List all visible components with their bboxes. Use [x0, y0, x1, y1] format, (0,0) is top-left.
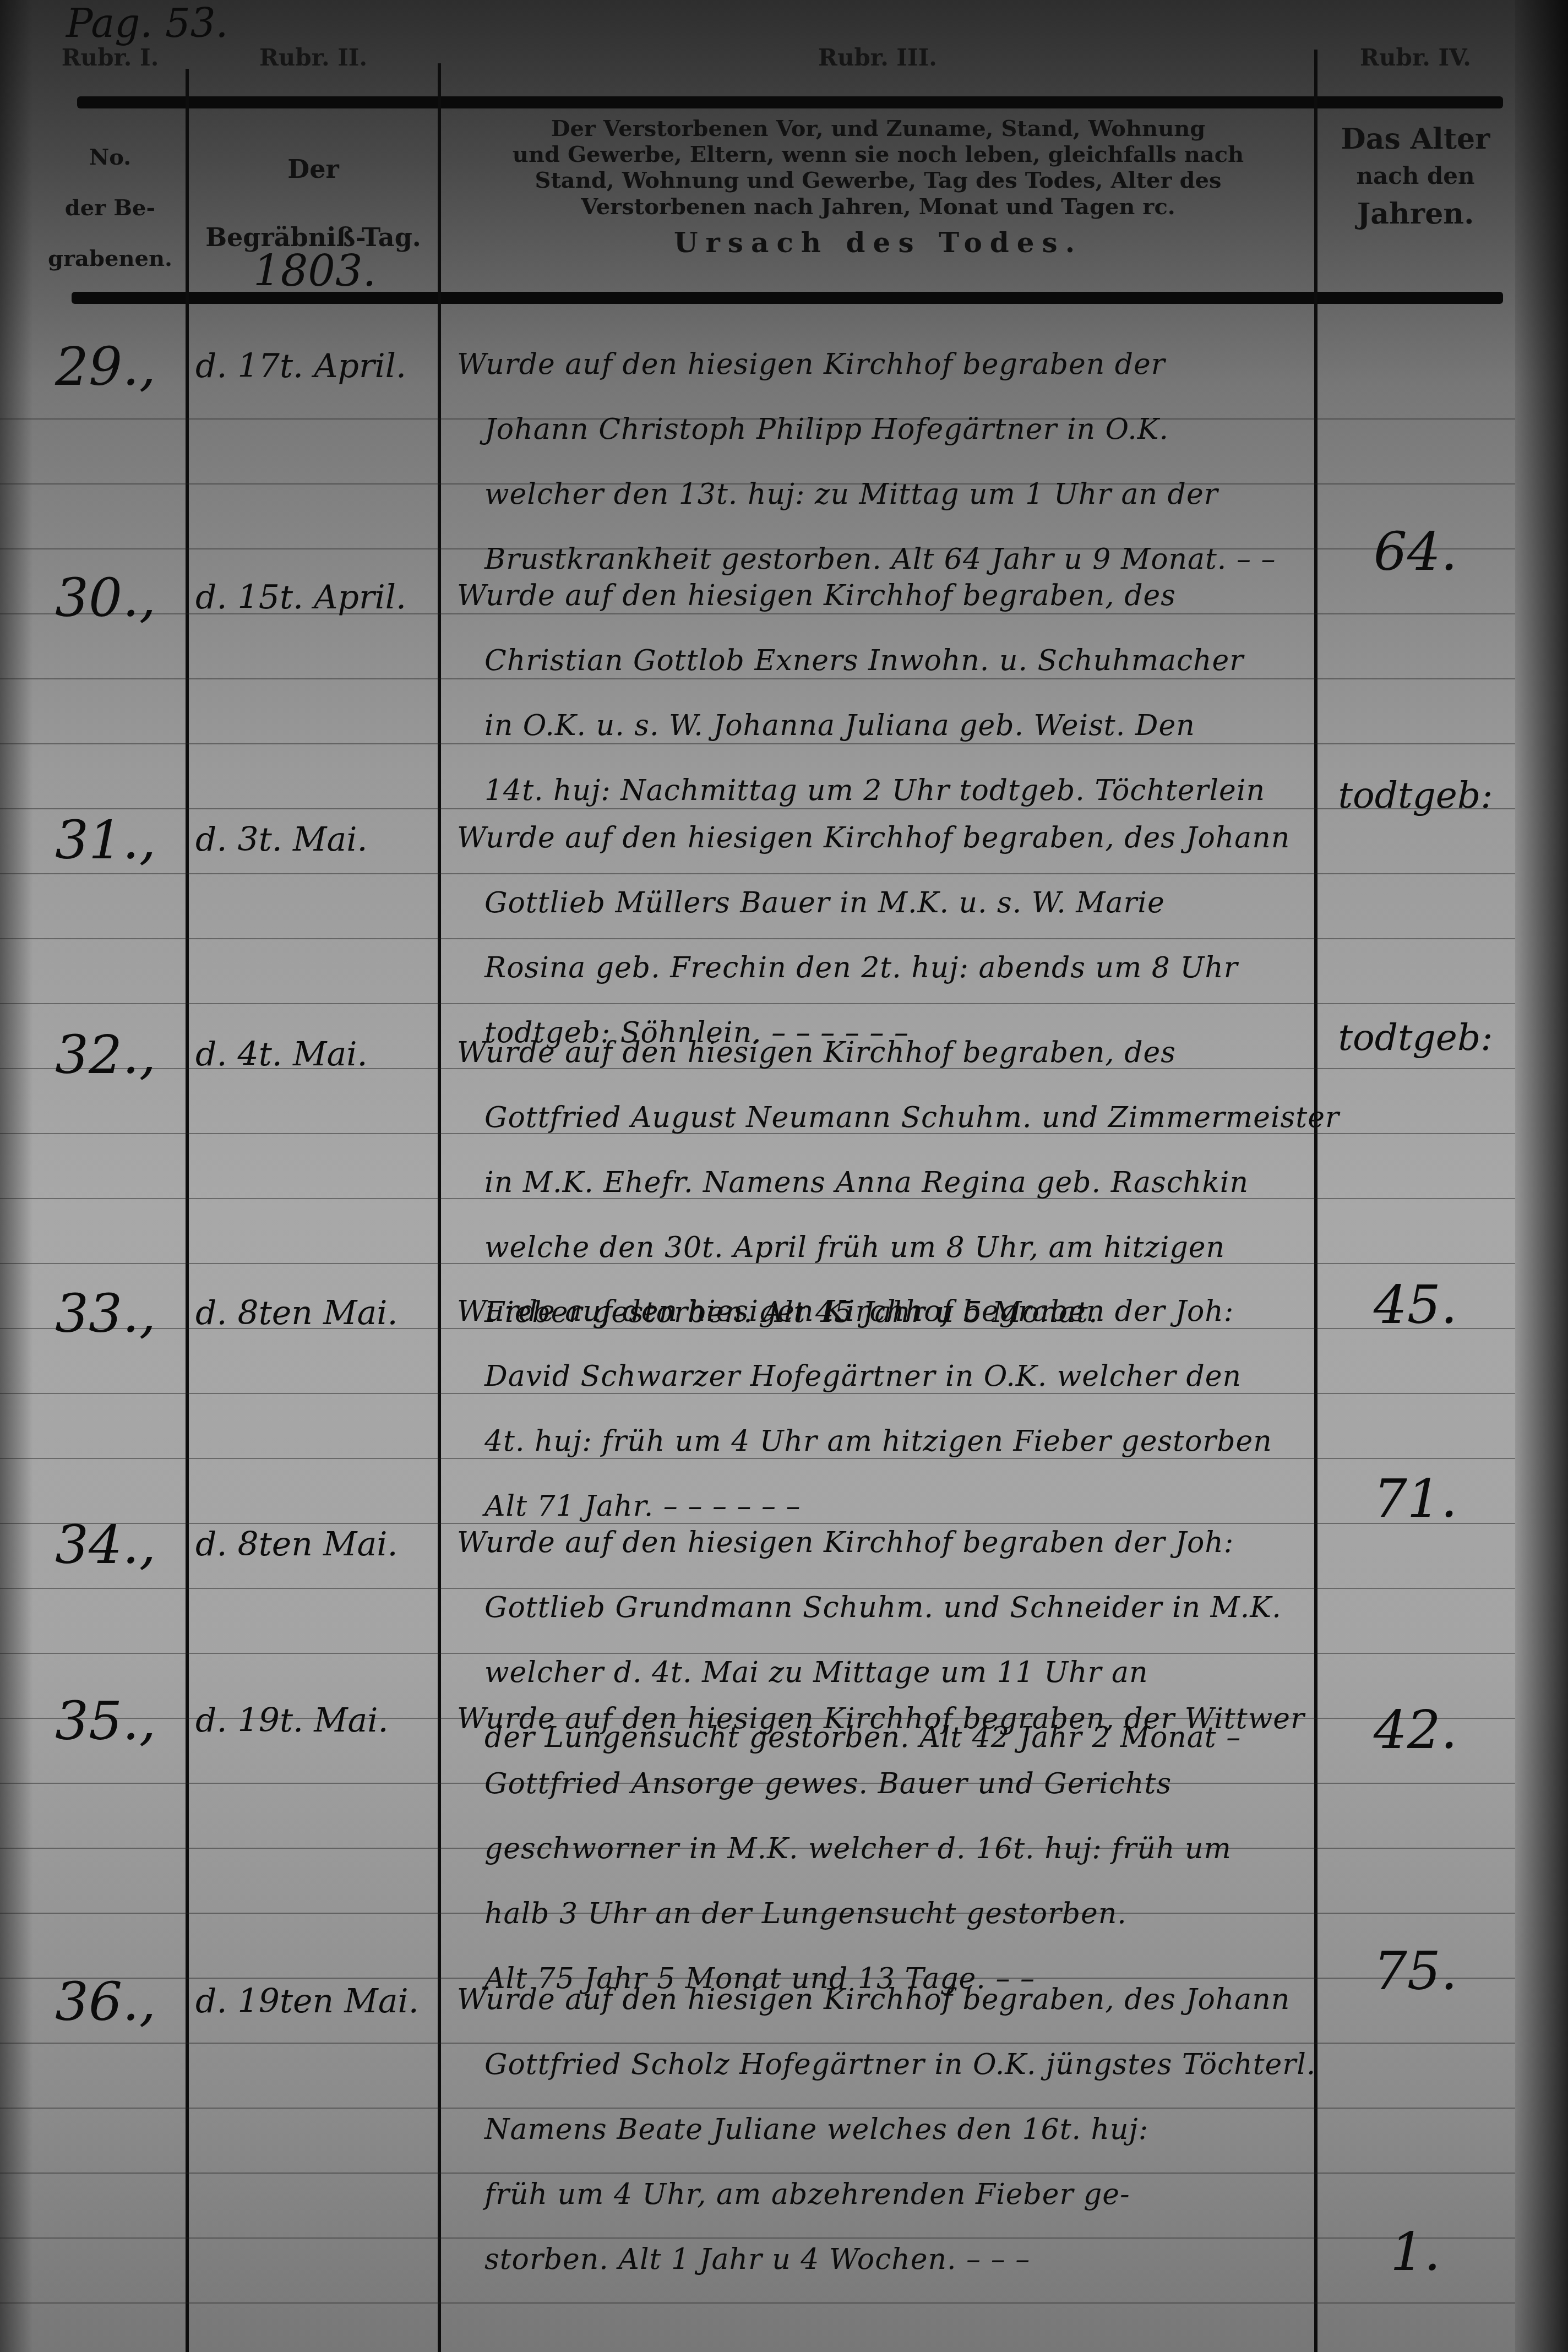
entry-text-line: Gottfried Ansorge gewes. Bauer und Geric… [484, 1767, 1172, 1800]
rubric-1-label: Rubr. I. [33, 44, 187, 71]
entry-text-line: Christian Gottlob Exners Inwohn. u. Schu… [484, 644, 1244, 677]
entry-number: 32., [55, 1024, 156, 1086]
entry-text-line: Brustkrankheit gestorben. Alt 64 Jahr u … [484, 543, 1276, 576]
header-col3: Der Verstorbenen Vor, und Zuname, Stand,… [451, 116, 1305, 259]
entry-text-line: Johann Christoph Philipp Hofegärtner in … [484, 413, 1169, 446]
age-years: 75. [1316, 1940, 1515, 2002]
burial-date: d. 8ten Mai. [195, 1294, 398, 1332]
header-col4-line: Das Alter [1316, 118, 1515, 160]
header-col4: Das Alter nach den Jahren. [1316, 118, 1515, 235]
rubric-2-label: Rubr. II. [187, 44, 439, 71]
ruled-line [0, 2043, 1515, 2044]
burial-date: d. 8ten Mai. [195, 1525, 398, 1564]
entry-text-line: welche den 30t. April früh um 8 Uhr, am … [484, 1231, 1225, 1264]
entry-text-line: Wurde auf den hiesigen Kirchhof begraben… [457, 579, 1176, 612]
entry-text-line: Wurde auf den hiesigen Kirchhof begraben… [457, 1526, 1234, 1559]
header-cause-of-death: Ursach des Todes. [451, 226, 1305, 259]
header-top-rule [77, 96, 1503, 108]
header-col2: Der Begräbniß-Tag. [187, 154, 439, 253]
ruled-line [0, 1653, 1515, 1654]
ruled-line [0, 1588, 1515, 1589]
page-shadow-right [1515, 0, 1568, 2352]
rubric-4-label: Rubr. IV. [1316, 44, 1515, 71]
header-col1-line: No. [33, 132, 187, 183]
entry-number: 31., [55, 809, 156, 871]
ruled-line [0, 873, 1515, 874]
entry-text-line: in M.K. Ehefr. Namens Anna Regina geb. R… [484, 1166, 1249, 1199]
column-divider-2 [438, 63, 441, 2352]
entry-text-line: halb 3 Uhr an der Lungensucht gestorben. [484, 1897, 1127, 1930]
entry-text-line: Gottlieb Grundmann Schuhm. und Schneider… [484, 1591, 1282, 1624]
age-years: 64. [1316, 521, 1515, 582]
entry-text-line: Gottfried Scholz Hofegärtner in O.K. jün… [484, 2048, 1316, 2081]
ruled-line [0, 938, 1515, 939]
burial-date: d. 19t. Mai. [195, 1701, 389, 1740]
burial-date: d. 17t. April. [195, 347, 406, 385]
header-col3-line: und Gewerbe, Eltern, wenn sie noch leben… [451, 141, 1305, 167]
entry-text-line: 14t. huj: Nachmittag um 2 Uhr todtgeb. T… [484, 774, 1265, 807]
entry-text-line: welcher d. 4t. Mai zu Mittage um 11 Uhr … [484, 1656, 1148, 1689]
ruled-line [0, 1003, 1515, 1004]
column-divider-1 [186, 69, 189, 2352]
entry-text-line: Gottfried August Neumann Schuhm. und Zim… [484, 1101, 1340, 1134]
header-col3-line: Der Verstorbenen Vor, und Zuname, Stand,… [451, 116, 1305, 141]
entry-text-line: geschworner in M.K. welcher d. 16t. huj:… [484, 1832, 1232, 1865]
header-col1: No. der Be- grabenen. [33, 132, 187, 284]
ruled-line [0, 808, 1515, 809]
ruled-line [0, 678, 1515, 679]
header-col3-line: Stand, Wohnung und Gewerbe, Tag des Tode… [451, 167, 1305, 193]
ruled-line [0, 1458, 1515, 1459]
ruled-line [0, 743, 1515, 744]
entry-text-line: Wurde auf den hiesigen Kirchhof begraben… [457, 1983, 1290, 2016]
header-col4-line: nach den [1316, 160, 1515, 193]
ruled-line [0, 2237, 1515, 2239]
entry-number: 30., [55, 567, 156, 629]
ruled-line [0, 1523, 1515, 1524]
age-years: 1. [1316, 2221, 1515, 2283]
page-number: Pag. 53. [66, 0, 228, 46]
age-years: todtgeb: [1316, 1016, 1515, 1059]
column-divider-3 [1314, 50, 1317, 2352]
entry-text-line: früh um 4 Uhr, am abzehrenden Fieber ge- [484, 2178, 1130, 2211]
age-years: 42. [1316, 1699, 1515, 1761]
header-col1-line: der Be- [33, 183, 187, 233]
age-years: todtgeb: [1316, 774, 1515, 816]
burial-date: d. 4t. Mai. [195, 1035, 367, 1074]
entry-number: 33., [55, 1283, 156, 1344]
age-years: 45. [1316, 1274, 1515, 1336]
page-shadow-left [0, 0, 33, 2352]
entry-number: 36., [55, 1971, 156, 2033]
ruled-line [0, 1393, 1515, 1394]
entry-text-line: in O.K. u. s. W. Johanna Juliana geb. We… [484, 709, 1195, 742]
entry-text-line: Wurde auf den hiesigen Kirchhof begraben… [457, 1702, 1305, 1735]
entry-number: 34., [55, 1514, 156, 1576]
entry-text-line: Namens Beate Juliane welches den 16t. hu… [484, 2113, 1148, 2146]
entry-text-line: Rosina geb. Frechin den 2t. huj: abends … [484, 951, 1238, 984]
header-col1-line: grabenen. [33, 233, 187, 284]
age-years: 71. [1316, 1468, 1515, 1529]
header-col4-line: Jahren. [1316, 193, 1515, 235]
entry-text-line: 4t. huj: früh um 4 Uhr am hitzigen Fiebe… [484, 1425, 1272, 1458]
entry-text-line: Alt 71 Jahr. – – – – – – [484, 1490, 801, 1523]
burial-date: d. 3t. Mai. [195, 820, 367, 859]
burial-date: d. 15t. April. [195, 578, 406, 617]
ruled-line [0, 2108, 1515, 2109]
entry-number: 29., [55, 336, 156, 398]
header-col2-line: Der [187, 154, 439, 184]
ruled-line [0, 2302, 1515, 2304]
entry-text-line: Wurde auf den hiesigen Kirchhof begraben… [457, 1295, 1234, 1328]
entry-number: 35., [55, 1690, 156, 1752]
entry-text-line: Wurde auf den hiesigen Kirchhof begraben… [457, 1036, 1176, 1069]
header-col3-line: Verstorbenen nach Jahren, Monat und Tage… [451, 194, 1305, 220]
entry-text-line: Gottlieb Müllers Bauer in M.K. u. s. W. … [484, 886, 1165, 919]
entry-text-line: welcher den 13t. huj: zu Mittag um 1 Uhr… [484, 478, 1218, 511]
entry-text-line: storben. Alt 1 Jahr u 4 Wochen. – – – [484, 2243, 1030, 2276]
rubric-3-label: Rubr. III. [439, 44, 1316, 71]
ruled-line [0, 2173, 1515, 2174]
entry-text-line: Wurde auf den hiesigen Kirchhof begraben… [457, 821, 1290, 854]
entry-text-line: David Schwarzer Hofegärtner in O.K. welc… [484, 1360, 1242, 1393]
burial-date: d. 19ten Mai. [195, 1982, 419, 2021]
register-year: 1803. [253, 247, 376, 296]
entry-text-line: Wurde auf den hiesigen Kirchhof begraben… [457, 348, 1166, 381]
